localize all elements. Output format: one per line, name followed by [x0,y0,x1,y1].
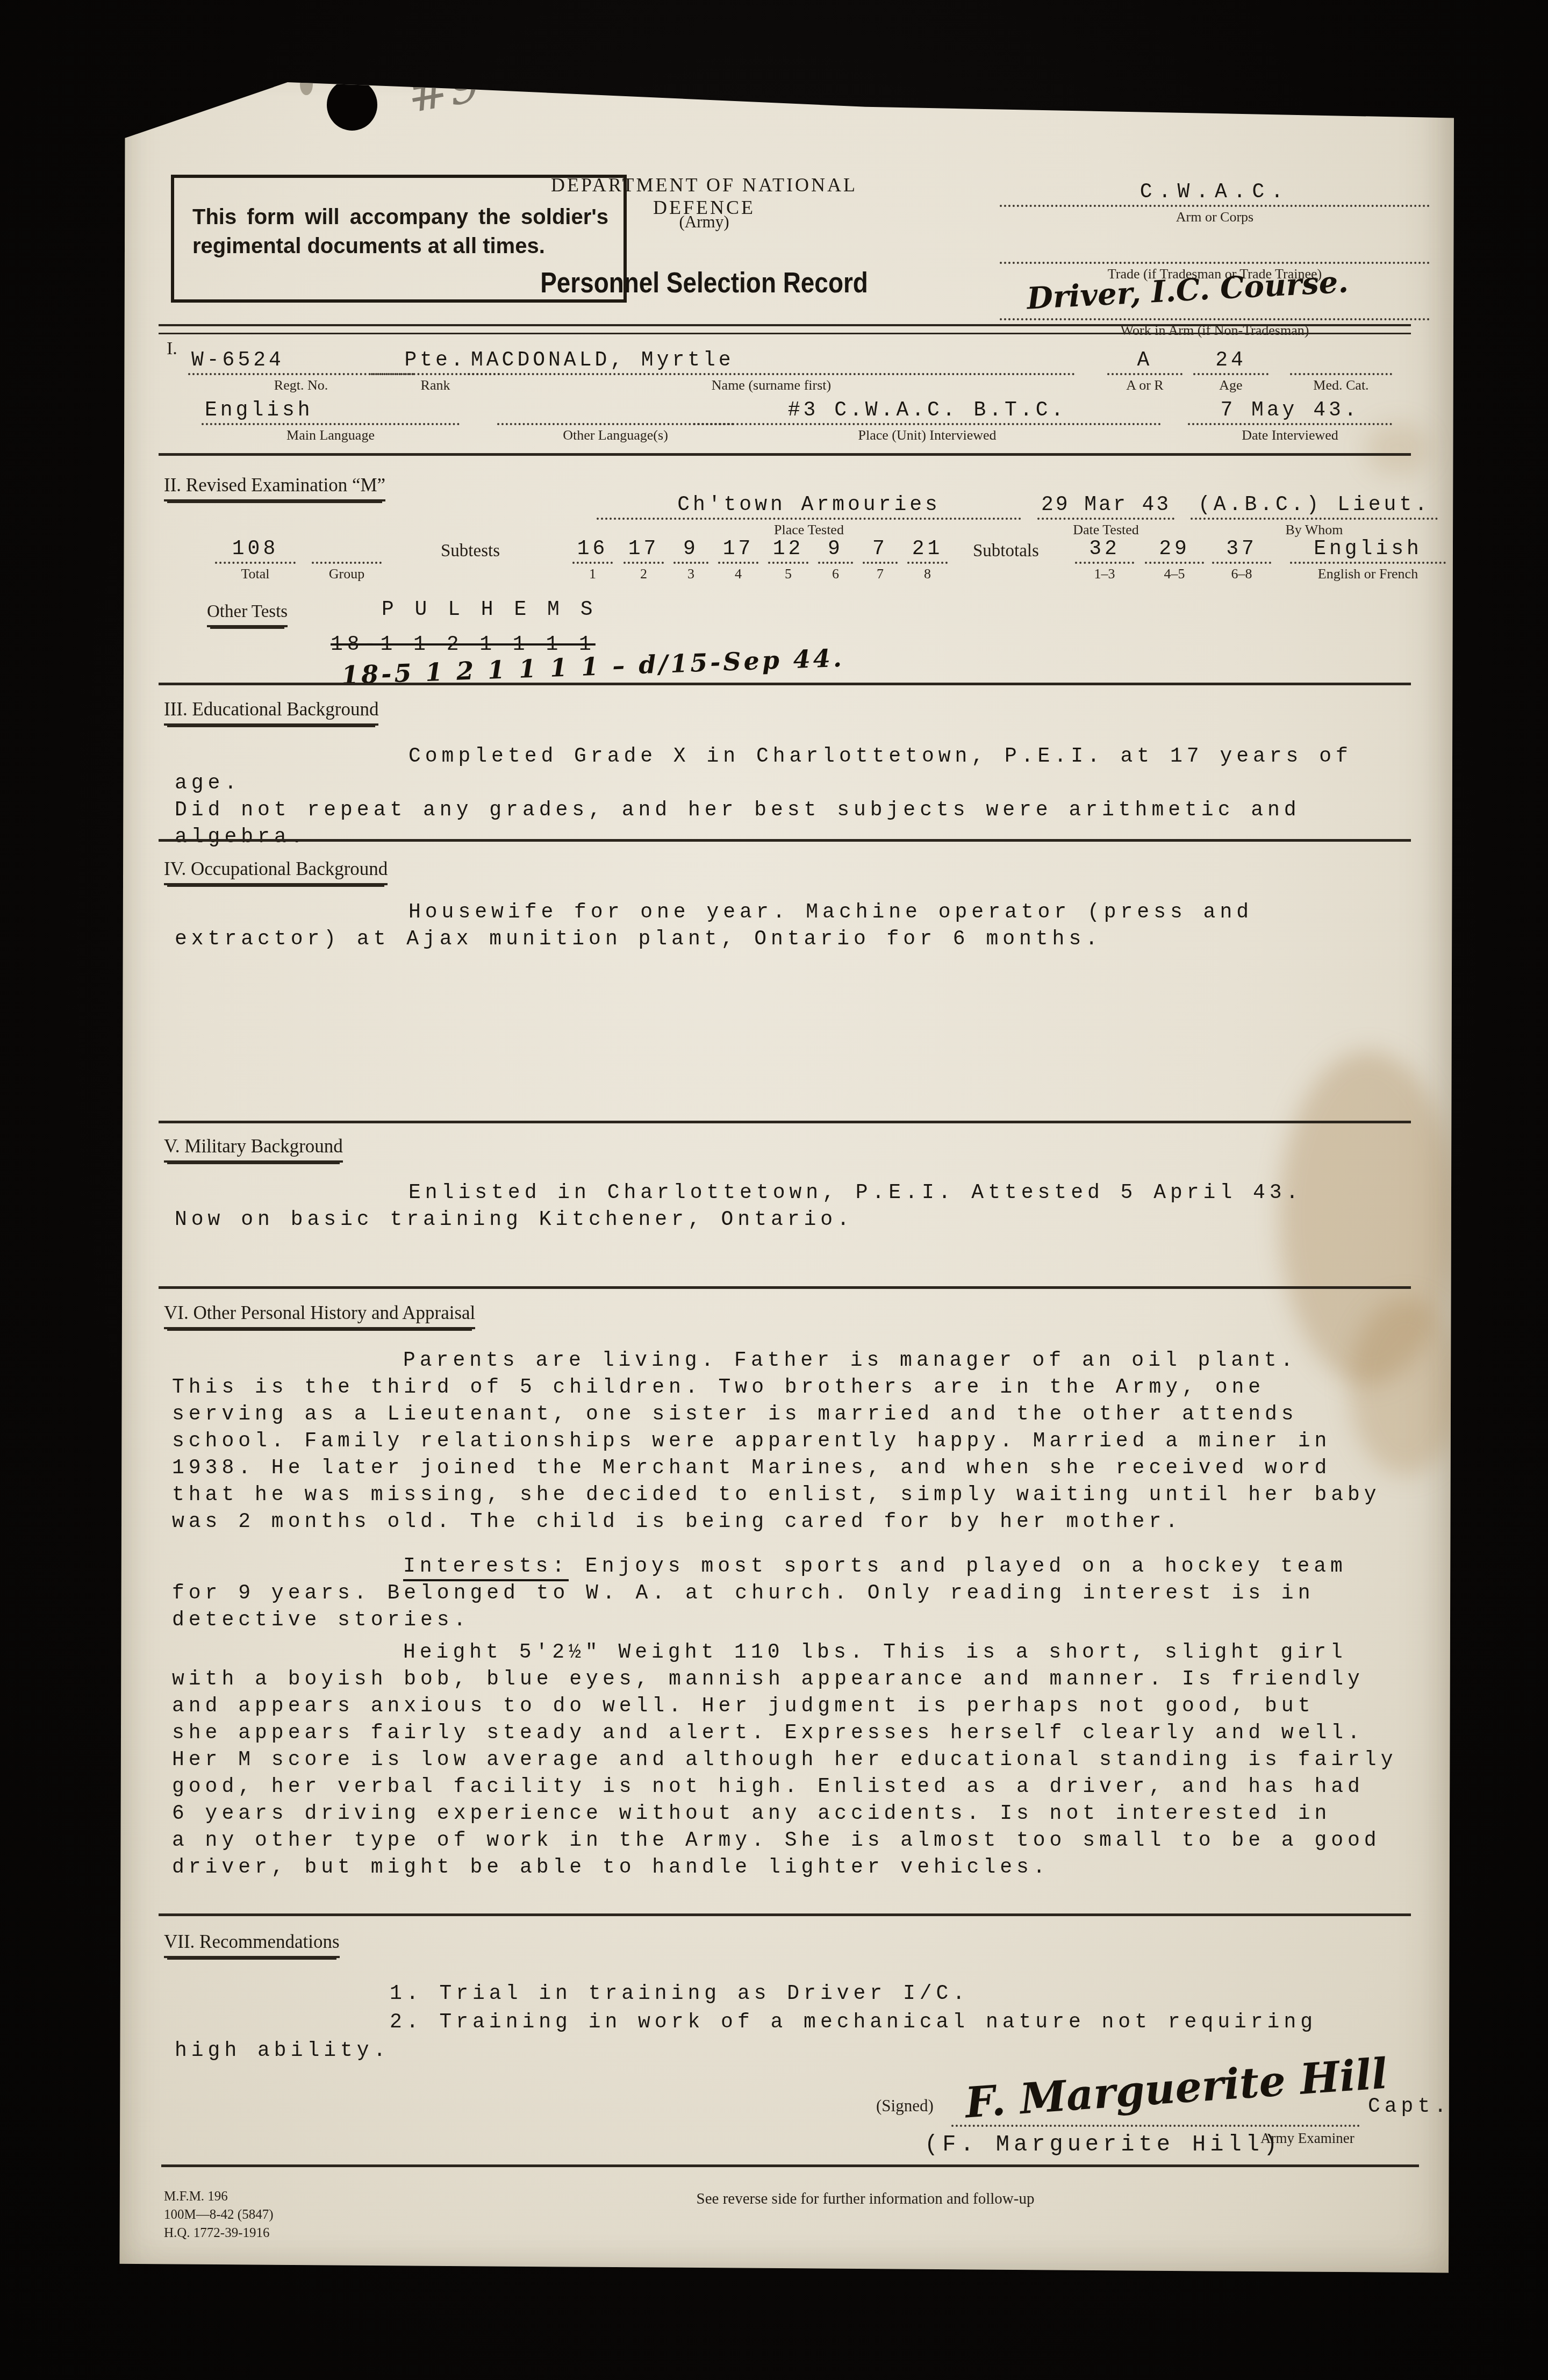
arm-or-corps-value: C.W.A.C. [1000,176,1430,207]
signature-handwritten: F. Marguerite Hill [964,2049,1389,2128]
paper-sheet: #9 This form will accompany the soldier'… [113,51,1457,2282]
reverse-side-note: See reverse side for further information… [489,2190,1242,2208]
subtest-5-value: 12 [768,536,808,564]
signature-typed: (F. Marguerite Hill) [924,2131,1281,2158]
trade-value [1000,233,1430,264]
date-interviewed-label: Date Interviewed [1188,427,1392,443]
punch-hole [327,79,377,131]
section5-text: Enlisted in Charlottetown, P.E.I. Attest… [175,1180,1427,1234]
by-whom-value: (A.B.C.) Lieut. [1191,492,1438,520]
section2-heading: II. Revised Examination “M” [164,475,385,501]
field-group: Group [312,536,382,582]
place-interviewed-value: #3 C.W.A.C. B.T.C. [693,394,1161,425]
section7-heading: VII. Recommendations [164,1931,340,1958]
subtest-1-value: 16 [572,536,613,564]
field-subtest-7: 7 7 [863,536,898,582]
pencil-annotation: #9 [403,55,485,124]
subtest-2-label: 2 [623,566,664,582]
section4-divider [159,1121,1411,1123]
a-or-r-label: A or R [1107,377,1182,393]
date-interviewed-value: 7 May 43. [1188,394,1392,425]
signature-line [951,2125,1360,2127]
section4-heading: IV. Occupational Background [164,858,388,885]
subtest-6-value: 9 [818,536,853,564]
footer-divider [161,2164,1419,2167]
section5-heading: V. Military Background [164,1136,343,1163]
subtest-2-value: 17 [623,536,664,564]
med-cat-label: Med. Cat. [1290,377,1392,393]
interests-label: Interests: [403,1555,569,1581]
section5-divider [159,1286,1411,1289]
field-age: 24 Age [1193,344,1268,393]
subtotal-2-value: 29 [1145,536,1204,564]
total-value: 108 [215,536,296,564]
form-number: M.F.M. 196 [164,2188,228,2206]
age-label: Age [1193,377,1268,393]
subtests-word: Subtests [441,541,500,561]
field-name: MACDONALD, Myrtle Name (surname first) [468,344,1075,393]
examiner-label: Army Examiner [1260,2130,1354,2147]
field-subtotal-3: 37 6–8 [1212,536,1271,582]
test-language-label: English or French [1290,566,1446,582]
recommendation-2: 2. Training in work of a mechanical natu… [390,2009,1317,2036]
field-med-cat: Med. Cat. [1290,344,1392,393]
subtest-6-label: 6 [818,566,853,582]
name-label: Name (surname first) [468,377,1075,393]
field-subtest-2: 17 2 [623,536,664,582]
section6-interests-cont: for 9 years. Belonged to W. A. at church… [172,1580,1430,1634]
arm-or-corps-label: Arm or Corps [1000,209,1430,225]
subtest-3-value: 9 [673,536,708,564]
section3-text: Completed Grade X in Charlottetown, P.E.… [175,743,1427,851]
field-subtest-5: 12 5 [768,536,808,582]
subtest-8-label: 8 [907,566,948,582]
field-total: 108 Total [215,536,296,582]
section1-numeral: I. [167,339,177,359]
recommendation-1: 1. Trial in training as Driver I/C. [390,1981,969,2008]
field-subtest-6: 9 6 [818,536,853,582]
age-value: 24 [1193,344,1268,375]
section3-divider [159,839,1411,842]
field-by-whom: (A.B.C.) Lieut. By Whom [1191,492,1438,538]
scanned-document-page: #9 This form will accompany the soldier'… [0,0,1548,2380]
subtotal-3-label: 6–8 [1212,566,1271,582]
header-divider [159,324,1411,334]
recommendation-2-cont: high ability. [175,2038,390,2064]
army-subtitle: (Army) [505,212,903,232]
subtest-4-label: 4 [718,566,758,582]
field-test-language: English English or French [1290,536,1446,582]
subtest-4-value: 17 [718,536,758,564]
paper-tear [300,74,313,95]
other-tests-heading: Other Tests [207,602,288,627]
interests-rest: Enjoys most sports and played on a hocke… [569,1555,1347,1578]
field-place-tested: Ch'town Armouries Place Tested [597,492,1021,538]
subtest-5-label: 5 [768,566,808,582]
test-language-value: English [1290,536,1446,564]
print-code: 100M—8-42 (5847) [164,2206,273,2224]
subtotals-word: Subtotals [973,541,1039,561]
subtotal-1-value: 32 [1075,536,1134,564]
field-subtest-8: 21 8 [907,536,948,582]
group-label: Group [312,566,382,582]
section6-para1: Parents are living. Father is manager of… [172,1347,1430,1536]
subtest-1-label: 1 [572,566,613,582]
field-subtest-1: 16 1 [572,536,613,582]
date-tested-value: 29 Mar 43 [1037,492,1174,520]
form-title: Personnel Selection Record [535,266,873,299]
group-value [312,536,382,564]
subtest-3-label: 3 [673,566,708,582]
main-language-label: Main Language [202,427,460,443]
section6-heading: VI. Other Personal History and Appraisal [164,1302,475,1329]
field-date-tested: 29 Mar 43 Date Tested [1037,492,1174,538]
place-tested-value: Ch'town Armouries [597,492,1021,520]
total-label: Total [215,566,296,582]
subtotal-1-label: 1–3 [1075,566,1134,582]
section6-para3: Height 5'2½" Weight 110 lbs. This is a s… [172,1639,1430,1881]
subtotal-3-value: 37 [1212,536,1271,564]
field-subtotal-1: 32 1–3 [1075,536,1134,582]
main-language-value: English [202,394,460,425]
subtotal-2-label: 4–5 [1145,566,1204,582]
section2-divider [159,683,1411,685]
signer-rank: Capt. [1368,2094,1451,2120]
section6-interests-line: Interests: Enjoys most sports and played… [403,1553,1347,1580]
subtest-8-value: 21 [907,536,948,564]
hq-code: H.Q. 1772-39-1916 [164,2224,270,2242]
section4-text: Housewife for one year. Machine operator… [175,899,1427,953]
field-arm-or-corps: C.W.A.C. Arm or Corps [1000,176,1430,225]
a-or-r-value: A [1107,344,1182,375]
field-main-language: English Main Language [202,394,460,443]
field-a-or-r: A A or R [1107,344,1182,393]
section1-divider [159,453,1411,456]
subtest-7-value: 7 [863,536,898,564]
section3-heading: III. Educational Background [164,699,378,726]
pulhems-letters: P U L H E M S [382,597,597,623]
field-date-interviewed: 7 May 43. Date Interviewed [1188,394,1392,443]
section6-divider [159,1913,1411,1916]
subtest-7-label: 7 [863,566,898,582]
field-subtest-3: 9 3 [673,536,708,582]
field-place-interviewed: #3 C.W.A.C. B.T.C. Place (Unit) Intervie… [693,394,1161,443]
field-subtest-4: 17 4 [718,536,758,582]
signed-label: (Signed) [876,2096,934,2116]
med-cat-value [1290,344,1392,375]
place-interviewed-label: Place (Unit) Interviewed [693,427,1161,443]
name-value: MACDONALD, Myrtle [468,344,1075,375]
field-subtotal-2: 29 4–5 [1145,536,1204,582]
